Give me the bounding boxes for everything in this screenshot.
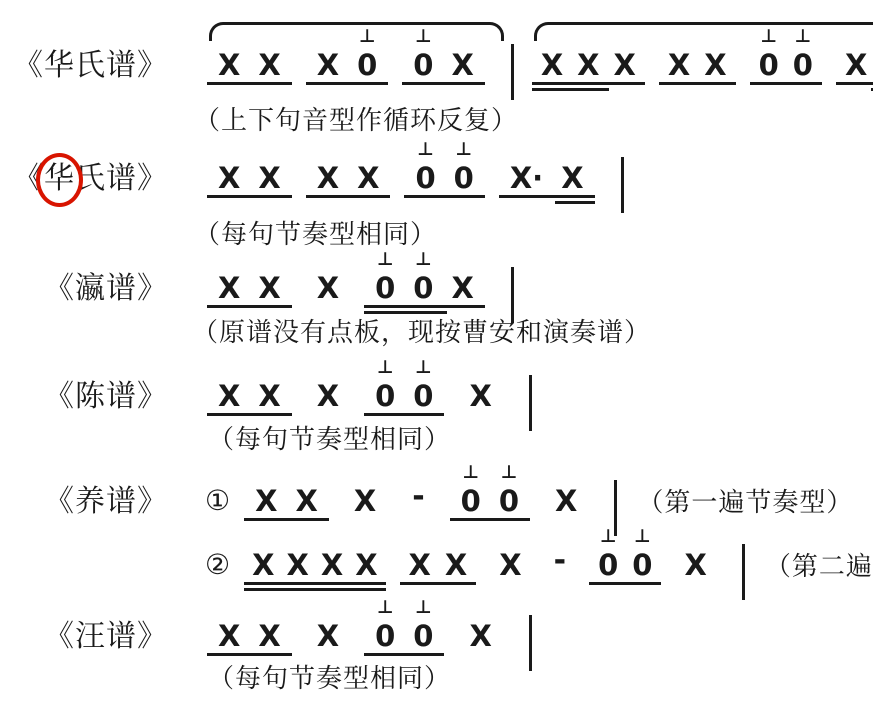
note-symbol: X [697, 50, 733, 80]
beam-underline [450, 518, 530, 521]
score-row-yingpu: 《瀛谱》 XXX0⊥0⊥X [0, 273, 873, 323]
note-symbol: X [249, 621, 289, 651]
note-symbol: X [460, 381, 500, 411]
notation-line: XXXX0⊥0⊥X·X [205, 163, 640, 213]
note-symbol: X [246, 486, 286, 516]
beam-underline [836, 82, 873, 85]
beam-group: XX [205, 163, 294, 193]
note-symbol: X [438, 550, 474, 580]
inline-caption: （第一遍节奏型） [637, 488, 853, 518]
beam-group: - [543, 550, 577, 580]
ban-mark-icon: ⊥ [463, 464, 479, 482]
beam-group: XX [205, 381, 294, 411]
note-symbol: X [348, 163, 388, 193]
beam-underline [207, 82, 292, 85]
note-symbol: X [534, 50, 570, 80]
beam-underline-2 [532, 88, 610, 91]
rest-symbol: 0⊥ [366, 621, 404, 651]
beam-underline [402, 82, 485, 85]
label-circled-char: 华 [44, 162, 75, 195]
beam-group: X [304, 273, 352, 303]
beam-underline [499, 195, 595, 198]
note-symbol: X [838, 50, 873, 80]
beam-group: XX [657, 50, 738, 80]
score-edition-label: 《汪谱》 [0, 621, 168, 653]
beam-group: XX [205, 273, 294, 303]
beam-underline [659, 82, 736, 85]
beam-underline [364, 653, 444, 656]
ban-mark-icon: ⊥ [417, 141, 433, 159]
note-symbol: X [249, 381, 289, 411]
beam-group: 0⊥0⊥ [402, 163, 486, 193]
beam-group: 0⊥0⊥ [362, 621, 446, 651]
barline [742, 544, 745, 600]
note-symbol: X [246, 550, 280, 580]
note-symbol: X [345, 486, 385, 516]
note-symbol: X [661, 50, 697, 80]
note-symbol: X [460, 621, 500, 651]
beam-group: 0⊥0⊥ [448, 486, 532, 516]
ban-mark-icon: ⊥ [501, 464, 517, 482]
score-edition-label: 《华氏谱》 [0, 163, 168, 195]
ban-mark-icon: ⊥ [634, 528, 650, 546]
beam-group: X [488, 550, 532, 580]
rest-symbol: 0⊥ [625, 550, 659, 580]
red-circle-annotation: 华 [44, 163, 75, 195]
note-symbol: X [209, 163, 249, 193]
ban-mark-icon: ⊥ [600, 528, 616, 546]
beam-group: XX [242, 486, 331, 516]
score-row-huashipu-2: 《华氏谱》 XXXX0⊥0⊥X·X [0, 163, 873, 213]
ban-mark-icon: ⊥ [795, 28, 811, 46]
caption-note: （每句节奏型相同） [208, 425, 451, 455]
rest-symbol: 0⊥ [404, 381, 442, 411]
beam-underline [589, 582, 661, 585]
beam-underline [207, 653, 292, 656]
note-symbol: X [286, 486, 326, 516]
notation-line: XXX0⊥0⊥X [205, 273, 530, 323]
beam-underline [244, 518, 329, 521]
measure: XXX0⊥0⊥X [205, 381, 540, 431]
rest-symbol: 0⊥ [404, 50, 442, 80]
ban-mark-icon: ⊥ [377, 251, 393, 269]
rest-symbol: 0⊥ [591, 550, 625, 580]
measure: XXX-0⊥0⊥X [242, 486, 625, 536]
label-text: 氏谱》 [75, 162, 168, 195]
beam-group: 0⊥0⊥ [362, 381, 446, 411]
variant-number: ① [205, 486, 230, 516]
note-symbol: X [249, 273, 289, 303]
beam-underline [244, 582, 385, 585]
beam-group: 0⊥0⊥ [587, 550, 663, 580]
beam-group: X0⊥ [304, 50, 391, 80]
rest-symbol: 0⊥ [366, 381, 404, 411]
beam-underline [400, 582, 477, 585]
beam-underline [404, 195, 484, 198]
ban-mark-icon: ⊥ [415, 28, 431, 46]
beam-group: - [399, 486, 437, 516]
beam-group: 0⊥0⊥X [362, 273, 487, 303]
note-symbol: X [308, 621, 348, 651]
ban-mark-icon: ⊥ [455, 141, 471, 159]
beam-underline [306, 82, 389, 85]
note-symbol: X [677, 550, 713, 580]
notation-line: ①XXX-0⊥0⊥X（第一遍节奏型） [205, 486, 853, 536]
dash-symbol: - [547, 546, 573, 576]
notation-line: XXX0⊥0⊥XXXXXX0⊥0⊥XXX [205, 50, 873, 100]
ban-mark-icon: ⊥ [760, 28, 776, 46]
beam-group: XX [205, 621, 294, 651]
note-symbol: X [249, 50, 289, 80]
score-edition-label: 《陈谱》 [0, 381, 168, 413]
note-symbol: X [308, 273, 348, 303]
ban-mark-icon: ⊥ [415, 599, 431, 617]
beam-group: XXX [834, 50, 873, 80]
measure: XXX0⊥0⊥X [205, 50, 522, 100]
note-symbol: X· [501, 163, 552, 193]
beam-underline [306, 195, 391, 198]
note-symbol: X [308, 381, 348, 411]
note-symbol: X [280, 550, 314, 580]
notation-line: XXX0⊥0⊥X [205, 381, 548, 431]
caption-note: （原谱没有点板，现按曹安和演奏谱） [192, 318, 651, 348]
ban-mark-icon: ⊥ [377, 359, 393, 377]
beam-group: XX [205, 50, 294, 80]
beam-group: X [673, 550, 717, 580]
rest-symbol: 0⊥ [348, 50, 386, 80]
score-comparison-page: 《华氏谱》 XXX0⊥0⊥XXXXXX0⊥0⊥XXX （上下句音型作循环反复） … [0, 0, 873, 708]
barline [511, 267, 514, 323]
variant-number: ② [205, 550, 230, 580]
note-symbol: X [308, 50, 348, 80]
score-edition-label: 《华氏谱》 [0, 50, 168, 82]
score-row-chenpu: 《陈谱》 XXX0⊥0⊥X [0, 381, 873, 431]
beam-group: X [304, 381, 352, 411]
barline [529, 615, 532, 671]
rest-symbol: 0⊥ [490, 486, 528, 516]
beam-group: 0⊥0⊥ [748, 50, 824, 80]
score-row-yangpu-1: 《养谱》 ①XXX-0⊥0⊥X（第一遍节奏型） [0, 486, 873, 536]
measure: XXXXXXX-0⊥0⊥X [242, 550, 753, 600]
beam-underline-2 [555, 201, 595, 204]
beam-underline [364, 305, 485, 308]
note-symbol: X [209, 50, 249, 80]
dash-symbol: - [403, 482, 433, 512]
note-symbol: X [402, 550, 438, 580]
beam-underline [750, 82, 822, 85]
note-symbol: X [570, 50, 606, 80]
ban-mark-icon: ⊥ [415, 359, 431, 377]
measure: XXXX0⊥0⊥X·X [205, 163, 632, 213]
notation-line: ②XXXXXXX-0⊥0⊥X（第二遍节奏型） [205, 550, 873, 600]
note-symbol: X [209, 273, 249, 303]
measure: XXX0⊥0⊥X [205, 273, 522, 323]
beam-group: XXXX [242, 550, 387, 580]
beam-underline [532, 82, 645, 85]
beam-underline-2 [364, 311, 447, 314]
beam-group: X [542, 486, 590, 516]
score-row-huashipu-1: 《华氏谱》 XXX0⊥0⊥XXXXXX0⊥0⊥XXX [0, 50, 873, 100]
note-symbol: X [308, 163, 348, 193]
beam-underline-2 [244, 588, 385, 591]
barline [529, 375, 532, 431]
score-edition-label: 《养谱》 [0, 486, 168, 518]
ban-mark-icon: ⊥ [377, 599, 393, 617]
rest-symbol: 0⊥ [752, 50, 786, 80]
note-symbol: X [442, 273, 482, 303]
note-symbol: X [315, 550, 349, 580]
note-symbol: X [209, 621, 249, 651]
beam-underline [364, 413, 444, 416]
beam-group: XX [304, 163, 393, 193]
caption-note: （上下句音型作循环反复） [194, 106, 518, 136]
beam-group: 0⊥X [400, 50, 487, 80]
beam-underline [207, 195, 292, 198]
beam-group: X [341, 486, 389, 516]
caption-note: （每句节奏型相同） [194, 220, 437, 250]
note-symbol: X [546, 486, 586, 516]
beam-underline [207, 305, 292, 308]
note-symbol: X [209, 381, 249, 411]
beam-group: X [456, 621, 504, 651]
rest-symbol: 0⊥ [366, 273, 404, 303]
note-symbol: X [442, 50, 482, 80]
barline [511, 44, 514, 100]
rest-symbol: 0⊥ [406, 163, 444, 193]
rest-symbol: 0⊥ [404, 621, 442, 651]
beam-underline [207, 413, 292, 416]
score-row-yangpu-2: ②XXXXXXX-0⊥0⊥X（第二遍节奏型） [0, 550, 873, 600]
ban-mark-icon: ⊥ [359, 28, 375, 46]
note-symbol: X [607, 50, 643, 80]
rest-symbol: 0⊥ [445, 163, 483, 193]
caption-note: （每句节奏型相同） [208, 664, 451, 694]
label-text: 《 [13, 162, 44, 195]
note-symbol: X [349, 550, 383, 580]
rest-symbol: 0⊥ [404, 273, 442, 303]
beam-group: X [456, 381, 504, 411]
phrase-arc [209, 22, 504, 41]
note-symbol: X [249, 163, 289, 193]
measure: XXXXX0⊥0⊥XXX [530, 50, 873, 100]
beam-group: XXX [530, 50, 647, 80]
note-symbol: X [552, 163, 592, 193]
inline-caption: （第二遍节奏型） [765, 552, 873, 582]
rest-symbol: 0⊥ [452, 486, 490, 516]
beam-group: XX [398, 550, 479, 580]
rest-symbol: 0⊥ [786, 50, 820, 80]
beam-group: X·X [497, 163, 597, 193]
beam-group: X [304, 621, 352, 651]
ban-mark-icon: ⊥ [415, 251, 431, 269]
phrase-arc [534, 22, 873, 41]
score-edition-label: 《瀛谱》 [0, 273, 168, 305]
barline [621, 157, 624, 213]
note-symbol: X [492, 550, 528, 580]
